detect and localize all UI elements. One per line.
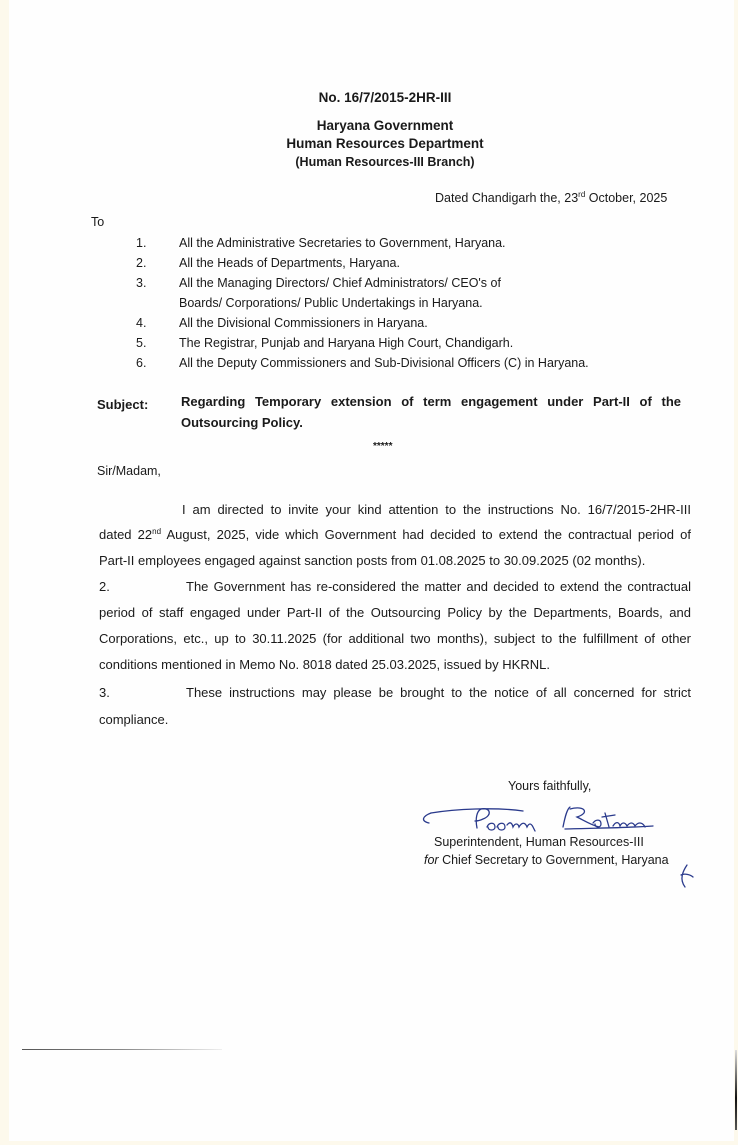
paragraph-2-line: The Government has re-considered the mat… — [186, 579, 691, 594]
subject-text-line: Outsourcing Policy. — [181, 415, 303, 430]
paragraph-3-line: compliance. — [99, 712, 168, 727]
paragraph-2-line: Corporations, etc., up to 30.11.2025 (fo… — [99, 631, 691, 646]
branch-name: (Human Resources-III Branch) — [0, 155, 738, 169]
paragraph-3-number: 3. — [99, 685, 110, 700]
recipient-text: All the Deputy Commissioners and Sub-Div… — [179, 356, 589, 370]
subject-label: Subject: — [97, 397, 148, 412]
to-label: To — [91, 215, 104, 229]
scan-edge-shadow — [735, 1050, 737, 1130]
recipient-text: All the Heads of Departments, Haryana. — [179, 256, 400, 270]
recipient-number: 4. — [136, 316, 146, 330]
recipient-text: Boards/ Corporations/ Public Undertaking… — [179, 296, 483, 310]
document-page — [9, 0, 734, 1141]
recipient-number: 5. — [136, 336, 146, 350]
signatory-on-behalf: for Chief Secretary to Government, Harya… — [424, 853, 669, 867]
recipient-number: 6. — [136, 356, 146, 370]
closing-text: Yours faithfully, — [508, 779, 591, 793]
recipient-text: All the Administrative Secretaries to Go… — [179, 236, 506, 250]
subject-text-line: Regarding Temporary extension of term en… — [181, 394, 681, 409]
recipient-text: All the Divisional Commissioners in Hary… — [179, 316, 428, 330]
recipient-number: 2. — [136, 256, 146, 270]
signatory-title: Superintendent, Human Resources-III — [434, 835, 644, 849]
paragraph-1-line: Part-II employees engaged against sancti… — [99, 553, 645, 568]
paragraph-1-line: dated 22nd August, 2025, vide which Gove… — [99, 527, 691, 542]
recipient-number: 1. — [136, 236, 146, 250]
department-name: Human Resources Department — [0, 136, 738, 151]
recipient-text: All the Managing Directors/ Chief Admini… — [179, 276, 501, 290]
paragraph-3-line: These instructions may please be brought… — [186, 685, 691, 700]
government-name: Haryana Government — [0, 118, 738, 133]
salutation: Sir/Madam, — [97, 464, 161, 478]
separator-stars: ***** — [373, 441, 392, 452]
scan-artifact-line — [22, 1049, 222, 1050]
reference-number: No. 16/7/2015-2HR-III — [0, 90, 738, 105]
recipient-number: 3. — [136, 276, 146, 290]
paragraph-2-line: period of staff engaged under Part-II of… — [99, 605, 691, 620]
letter-date: Dated Chandigarh the, 23rd October, 2025 — [435, 191, 667, 205]
paragraph-2-line: conditions mentioned in Memo No. 8018 da… — [99, 657, 550, 672]
paragraph-2-number: 2. — [99, 579, 110, 594]
paragraph-1-line: I am directed to invite your kind attent… — [182, 502, 691, 517]
recipient-text: The Registrar, Punjab and Haryana High C… — [179, 336, 513, 350]
